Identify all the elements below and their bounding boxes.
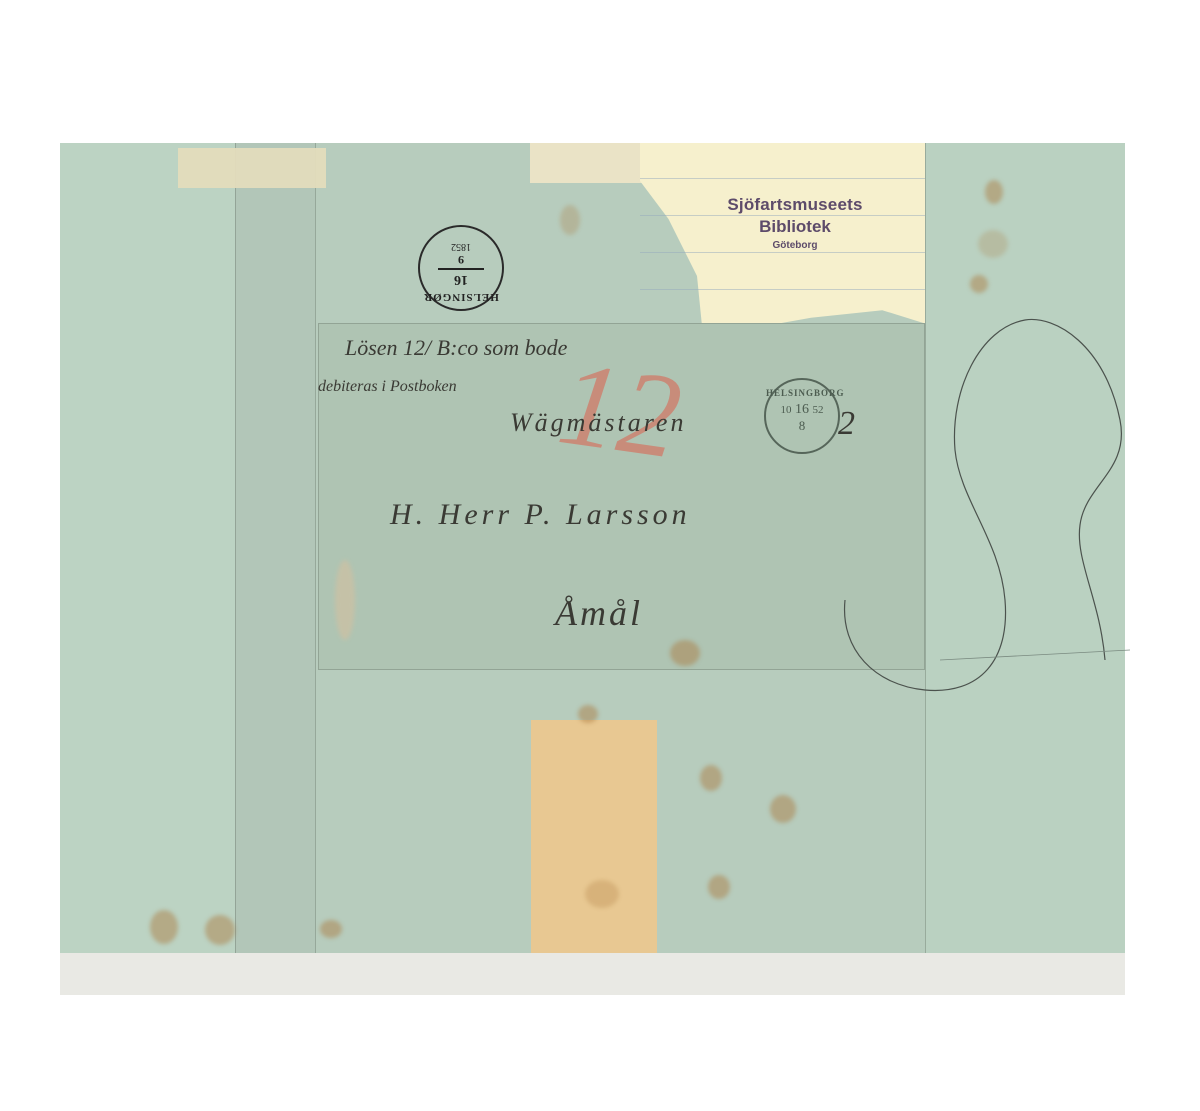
postmark-town: HELSINGØR (420, 291, 502, 303)
stain (150, 910, 178, 944)
stain (978, 230, 1008, 258)
tape-bottom (60, 953, 1125, 995)
fold-line (315, 143, 316, 953)
museum-library-stamp: Sjöfartsmuseets Bibliotek Göteborg (700, 195, 890, 251)
postmark-helsingborg: HELSINGBORG 10 16 52 8 (764, 378, 840, 454)
postmark-year: 1852 (420, 241, 502, 252)
letter-panel-left (60, 143, 235, 953)
postmark-helsingor: HELSINGØR 16 9 1852 (418, 225, 504, 311)
stamp-line-2: Bibliotek (700, 217, 890, 237)
pencil-outline-drawing (830, 300, 1130, 700)
stain (700, 765, 722, 791)
letter-panel-shadow (235, 143, 315, 953)
stain (985, 180, 1003, 204)
ruled-line (640, 252, 925, 253)
ruled-line (640, 178, 925, 179)
stain (970, 275, 988, 293)
stain (770, 795, 796, 823)
postmark-month: 8 (766, 418, 838, 434)
ruled-line (640, 289, 925, 290)
postmark-month: 9 (420, 252, 502, 267)
stain (320, 920, 342, 938)
tape-center (531, 720, 657, 953)
handwritten-addressee: H. Herr P. Larsson (390, 498, 691, 532)
postmark-date: 10 16 52 (766, 402, 838, 418)
stamp-line-1: Sjöfartsmuseets (700, 195, 890, 215)
fold-line (235, 143, 236, 953)
stain (585, 880, 619, 908)
postmark-day: 16 (420, 271, 502, 287)
stain (205, 915, 235, 945)
stain (560, 205, 580, 235)
stain (708, 875, 730, 899)
handwritten-note-line-1: Lösen 12/ B:co som bode (345, 335, 567, 361)
stain (578, 705, 598, 723)
handwritten-title: Wägmästaren (510, 408, 686, 438)
backing-paper-strip (530, 143, 650, 183)
stamp-line-3: Göteborg (700, 240, 890, 251)
postmark-town: HELSINGBORG (766, 388, 838, 398)
handwritten-note-line-2: debiteras i Postboken (318, 378, 457, 396)
tape-top (178, 148, 326, 188)
handwritten-place: Åmål (555, 592, 643, 634)
stain (335, 560, 355, 640)
stain (670, 640, 700, 666)
